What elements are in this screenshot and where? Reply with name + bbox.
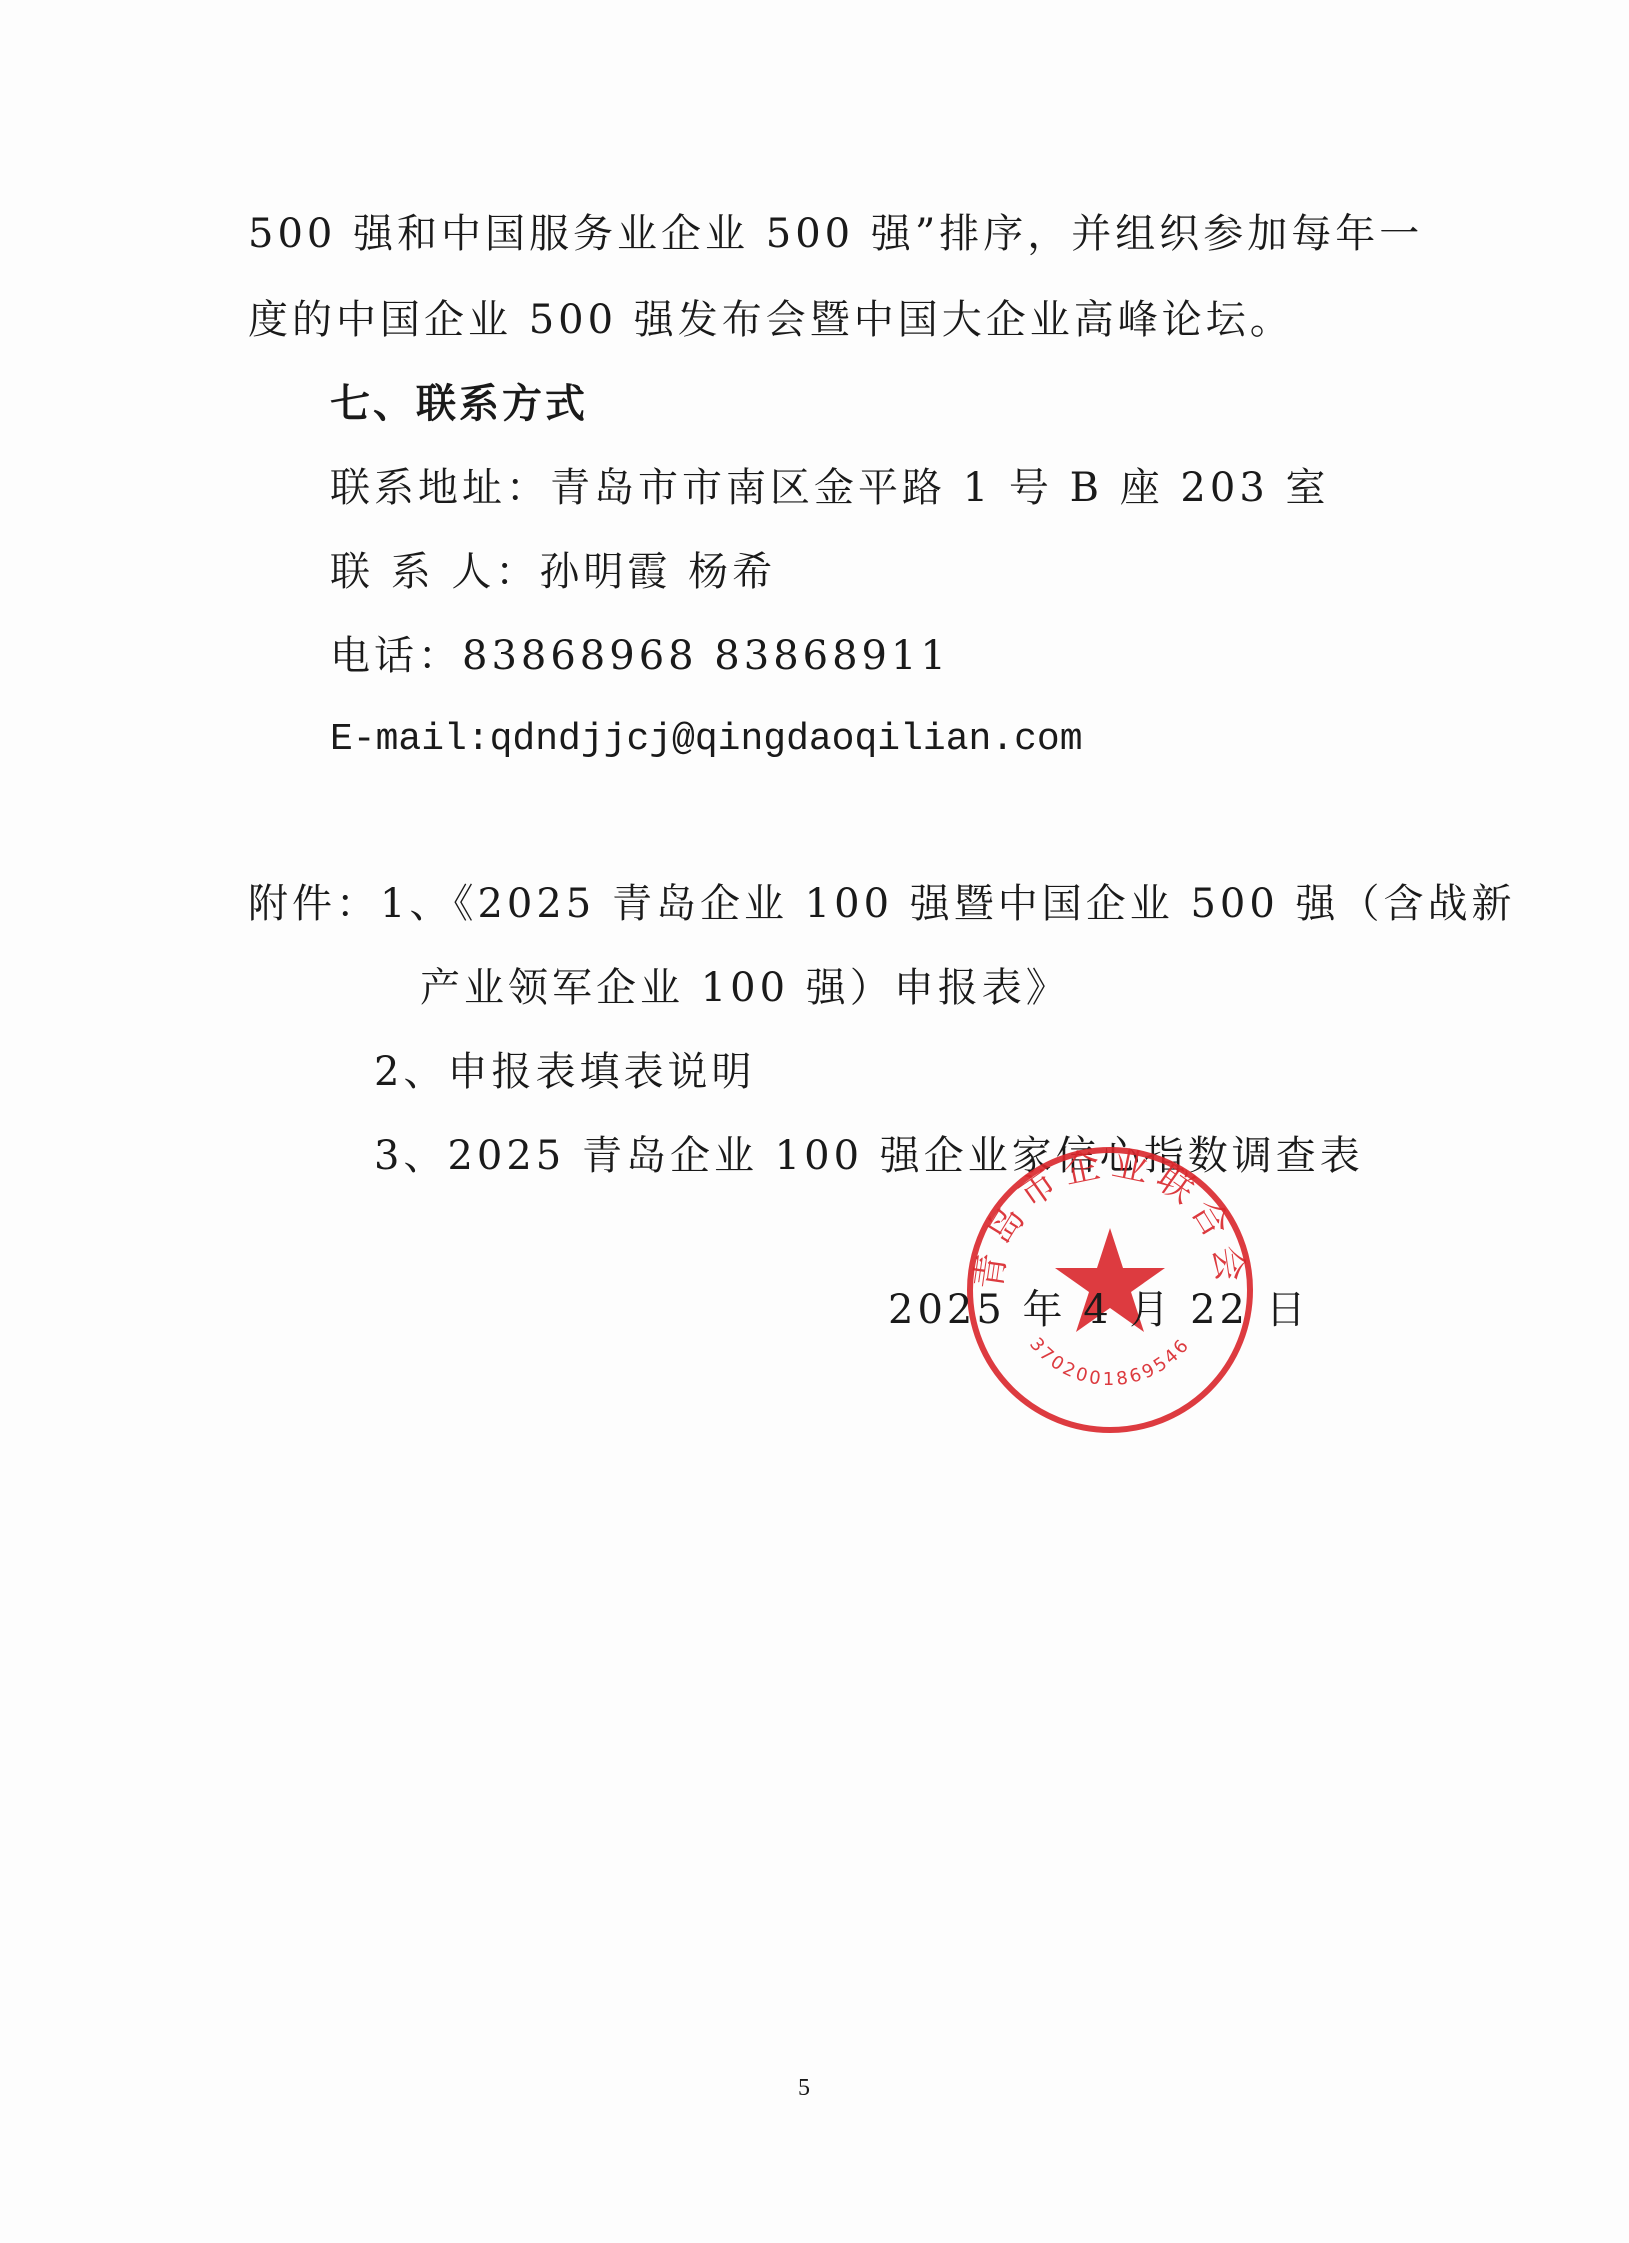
document-date: 2025 年 4 月 22 日: [888, 1286, 1310, 1334]
svg-text:3702001869546: 3702001869546: [1025, 1334, 1195, 1390]
attachment-1-line-1: 附件：1、《2025 青岛企业 100 强暨中国企业 500 强（含战新: [248, 880, 1516, 928]
paragraph-line-2: 度的中国企业 500 强发布会暨中国大企业高峰论坛。: [248, 296, 1294, 344]
section-heading: 七、联系方式: [330, 380, 588, 428]
paragraph-line-1: 500 强和中国服务业企业 500 强”排序，并组织参加每年一: [248, 210, 1423, 258]
page-number: 5: [798, 2075, 810, 2102]
contact-email: E-mail:qdndjjcj@qingdaoqilian.com: [330, 716, 1083, 764]
contact-phone: 电话：83868968 83868911: [330, 632, 950, 680]
attachment-1-line-2: 产业领军企业 100 强）申报表》: [420, 964, 1070, 1012]
document-page: 500 强和中国服务业企业 500 强”排序，并组织参加每年一 度的中国企业 5…: [0, 0, 1629, 2243]
attachment-2: 2、申报表填表说明: [374, 1048, 755, 1096]
seal-code: 3702001869546: [1025, 1334, 1195, 1390]
contact-address: 联系地址：青岛市市南区金平路 1 号 B 座 203 室: [330, 464, 1329, 512]
contact-persons: 联 系 人：孙明霞 杨希: [330, 548, 776, 596]
